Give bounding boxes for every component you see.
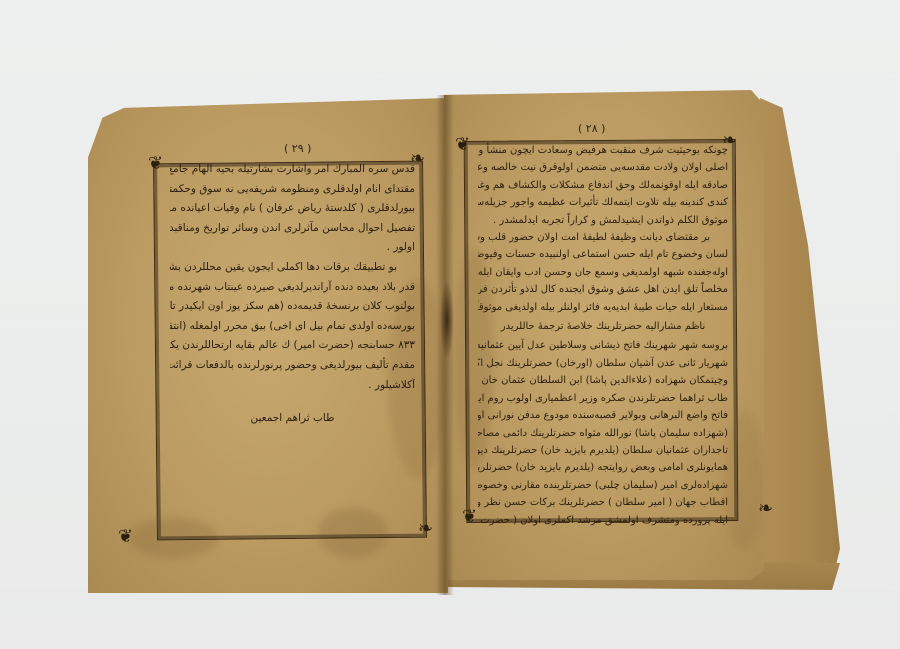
text-line: مستعار ايله حيات طيبهٔ ابديه‌يه فائز اول… xyxy=(478,299,728,316)
text-line: اولور . xyxy=(170,238,415,258)
text-line: مقتداى انام اولدقلرى ومنظومه شريفه‌يى نه… xyxy=(170,180,415,200)
right-page-text: چونكه بوحيثيت شرف منقبت هرفيض وسعادت ايچ… xyxy=(478,142,728,529)
text-line: بيورلدقلرى ( كلدستهٔ رياض عرفان ) نام وف… xyxy=(170,199,415,219)
gutter-stain xyxy=(440,280,454,360)
corner-ornament-icon: ❧ xyxy=(758,500,773,518)
text-line: صادقه ايله اوقونمه‌لك وحق اندفاع مشكلات … xyxy=(478,177,728,194)
text-line: مخلصاً تلق ايدن اهل عشق وشوق ايجنده كال … xyxy=(478,281,728,298)
text-line: آكلاشيلور . xyxy=(170,376,415,396)
text-line: بو تطبيقك برقات دها اكملى ايجون يقين محل… xyxy=(170,258,415,278)
text-line: بروسه شهر شهرينك فاتح ذيشانى وسلاطين عدل… xyxy=(478,337,728,354)
corner-ornament-icon: ❦ xyxy=(118,528,133,546)
corner-ornament-icon: ❦ xyxy=(455,136,470,154)
text-line: كندى كندينه بيله تلاوت ايتمه‌لك تأثيرات … xyxy=(478,194,728,211)
text-line: ٨٣٣ حسابنجه (حضرت امير) ك عالم بقايه ارت… xyxy=(170,336,415,356)
text-line: بورسه‌ده اولدى تمام بيل اى اخى) بيق محرر… xyxy=(170,317,415,337)
text-line: موثوق الكلم ذواتدن ايشيدلمش و كراراً تجر… xyxy=(478,212,728,229)
text-line: ايله پرورده ومتشرف اولمشق مرشد اكملرى او… xyxy=(478,512,728,529)
text-line: اصلى اولان ولادت مقدسه‌يى متضمن اولوقرق … xyxy=(478,159,728,176)
text-line: اوله‌جغنده شبهه اولمديغى وسمع جان وحسن ا… xyxy=(478,264,728,281)
page-number-right: ( ٢٨ ) xyxy=(578,122,605,135)
text-line: فاتح واضع البرهانى وبولاير قصبه‌سنده مود… xyxy=(478,407,728,424)
signature-line: طاب ثراهم اجمعين xyxy=(170,409,415,429)
text-line: همايونلرى امامى وبعض روايتجه (يلديرم باي… xyxy=(478,459,728,476)
text-line: قدر بلاد بعيده دنده آرانديرلديغى صيرده ع… xyxy=(170,278,415,298)
corner-ornament-icon: ❧ xyxy=(418,520,433,538)
corner-ornament-icon: ❦ xyxy=(148,155,163,173)
text-line: شهزاده‌لرى امير (سليمان چلبى) حضرتلرينده… xyxy=(478,477,728,494)
section-heading: ناظم مشاراليه حضرتلرينك خلاصهٔ ترجمهٔ حا… xyxy=(478,316,728,337)
text-line: شهريار ثانى عدن آشيان سلطان (اورخان) حضر… xyxy=(478,355,728,372)
text-line: چونكه بوحيثيت شرف منقبت هرفيض وسعادت ايچ… xyxy=(478,142,728,159)
text-line: بولنوب كلان برنسخهٔ قديمه‌ده (هم سكز يوز… xyxy=(170,297,415,317)
text-line: تاجداران عثمانيان سلطان (يلديرم بايزيد خ… xyxy=(478,442,728,459)
text-line: اقطاب جهان ( امير سلطان ) حضرتلرينك بركا… xyxy=(478,494,728,511)
left-page-text: قدس سره المبارك امر واشارت بشارتيله بحيه… xyxy=(170,160,415,429)
text-line: بر مقتضاى ديانت وظيفهٔ لطيفهٔ امت اولان … xyxy=(478,229,728,246)
text-line: مقدم تأليف بيورلديغى وحضور پرنورلرنده با… xyxy=(170,356,415,376)
text-line: قدس سره المبارك امر واشارت بشارتيله بحيه… xyxy=(170,160,415,180)
text-line: تفصيل احوال محاسن ما‌ٓثرلرى اندن وسائر ت… xyxy=(170,219,415,239)
text-line: وچيتمكان شهزاده (علاءالدين پاشا) ابن الس… xyxy=(478,372,728,389)
photo-scene: ( ٢٩ ) ❦ ❧ ❦ ❧ قدس سره المبارك امر واشار… xyxy=(0,0,900,649)
corner-ornament-icon: ❦ xyxy=(462,508,477,526)
text-line: لسان وخضوع تام ايله حسن استماعى اولنبيده… xyxy=(478,246,728,263)
text-line: طاب ثراهما حضرتلرندن صكره وزير اعظميارى … xyxy=(478,390,728,407)
page-number-left: ( ٢٩ ) xyxy=(284,142,311,155)
text-line: (شهزاده سليمان پاشا) نورالله مثواه حضرتل… xyxy=(478,425,728,442)
